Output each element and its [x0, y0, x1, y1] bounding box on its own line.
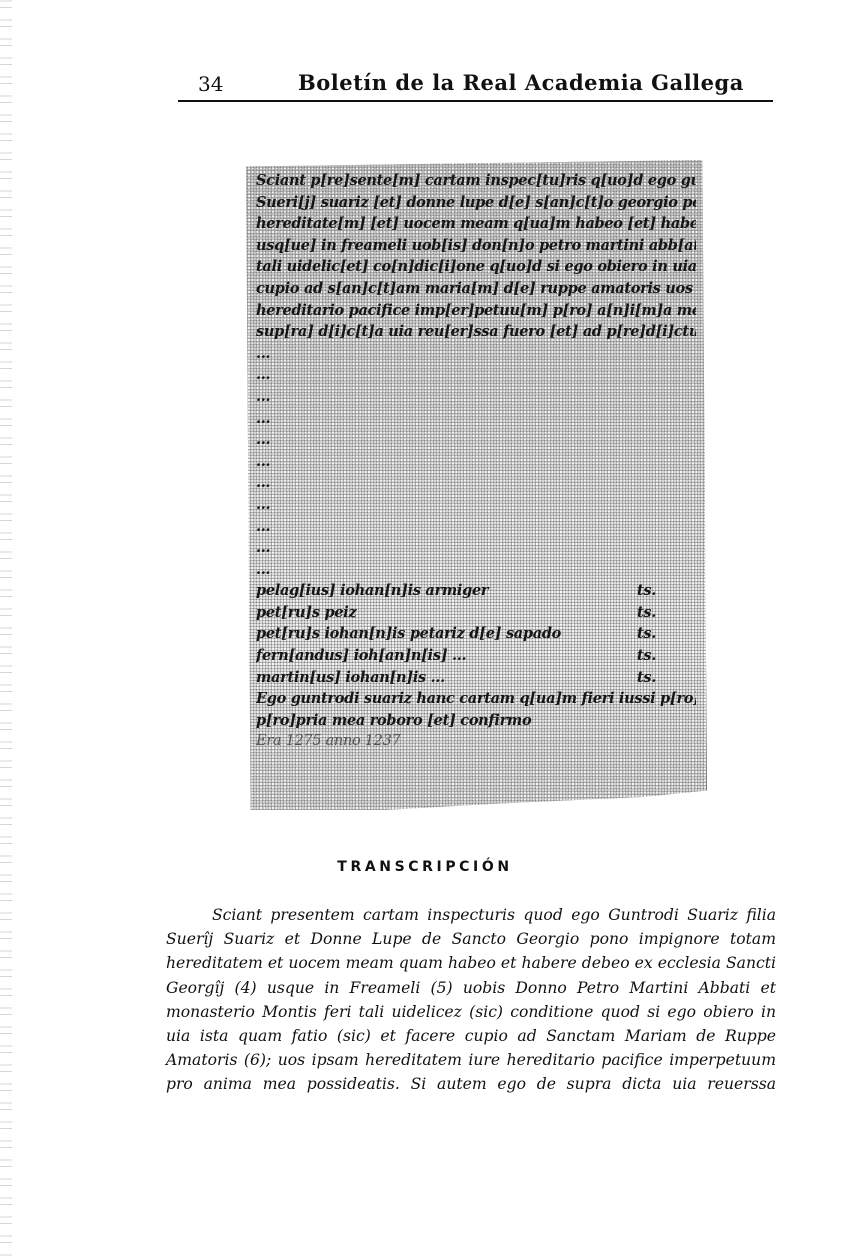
- manuscript-line: ...: [256, 494, 696, 516]
- witness-mark: ts.: [637, 602, 656, 624]
- transcription-line: Suerîj Suariz et Donne Lupe de Sancto Ge…: [166, 927, 776, 951]
- manuscript-line: tali uidelic[et] co[n]dic[i]one q[uo]d s…: [256, 256, 696, 278]
- manuscript-line: ...: [256, 343, 696, 365]
- manuscript-line: usq[ue] in freameli uob[is] don[n]o petr…: [256, 235, 696, 257]
- witness-line: pelag[ius] iohan[n]is armiger ts.: [256, 580, 696, 602]
- manuscript-line: ...: [256, 451, 696, 473]
- scan-edge-artifact: [0, 0, 12, 1258]
- transcription-line: Amatoris (6); uos ipsam hereditatem iure…: [166, 1048, 776, 1072]
- manuscript-line: ...: [256, 429, 696, 451]
- transcription-line: Sciant presentem cartam inspecturis quod…: [166, 903, 776, 927]
- witness-mark: ts.: [637, 623, 656, 645]
- manuscript-line: sup[ra] d[i]c[t]a uia reu[er]ssa fuero […: [256, 321, 696, 343]
- transcription-line: pro anima mea possideatis. Si autem ego …: [166, 1072, 776, 1096]
- manuscript-line: hereditario pacifice imp[er]petuu[m] p[r…: [256, 300, 696, 322]
- transcription-line: Georgîj (4) usque in Freameli (5) uobis …: [166, 976, 776, 1000]
- page-number: 34: [198, 72, 223, 96]
- manuscript-line: ...: [256, 537, 696, 559]
- header-rule: [178, 100, 773, 102]
- manuscript-line: ...: [256, 472, 696, 494]
- witness-name: pelag[ius] iohan[n]is armiger: [256, 580, 488, 602]
- manuscript-line: hereditate[m] [et] uocem meam q[ua]m hab…: [256, 213, 696, 235]
- witness-line: fern[andus] ioh[an]n[is] ... ts.: [256, 645, 696, 667]
- manuscript-closing-line: Ego guntrodi suariz hanc cartam q[ua]m f…: [256, 688, 696, 710]
- manuscript-line: ...: [256, 364, 696, 386]
- transcription-line: uia ista quam fatio (sic) et facere cupi…: [166, 1024, 776, 1048]
- witness-line: martin[us] iohan[n]is ... ts.: [256, 667, 696, 689]
- manuscript-line: ...: [256, 516, 696, 538]
- witness-name: pet[ru]s iohan[n]is petariz d[e] sapado: [256, 623, 561, 645]
- manuscript-script: Sciant p[re]sente[m] cartam inspec[tu]ri…: [256, 170, 696, 753]
- witness-mark: ts.: [637, 667, 656, 689]
- manuscript-date-note: Era 1275 anno 1237: [256, 731, 696, 753]
- witness-name: martin[us] iohan[n]is ...: [256, 667, 445, 689]
- witness-name: pet[ru]s peiz: [256, 602, 356, 624]
- section-title: TRANSCRIPCIÓN: [0, 859, 850, 875]
- manuscript-line: ...: [256, 386, 696, 408]
- manuscript-closing-line: p[ro]pria mea roboro [et] confirmo: [256, 710, 696, 732]
- transcription-text: Sciant presentem cartam inspecturis quod…: [166, 903, 776, 1097]
- manuscript-line: Sueri[j] suariz [et] donne lupe d[e] s[a…: [256, 192, 696, 214]
- manuscript-line: ...: [256, 408, 696, 430]
- witness-line: pet[ru]s peiz ts.: [256, 602, 696, 624]
- manuscript-line: Sciant p[re]sente[m] cartam inspec[tu]ri…: [256, 170, 696, 192]
- manuscript-line: cupio ad s[an]c[t]am maria[m] d[e] ruppe…: [256, 278, 696, 300]
- transcription-line: hereditatem et uocem meam quam habeo et …: [166, 951, 776, 975]
- transcription-line: monasterio Montis feri tali uidelicez (s…: [166, 1000, 776, 1024]
- page-header: 34 Boletín de la Real Academia Gallega: [178, 68, 773, 102]
- manuscript-line: ...: [256, 559, 696, 581]
- witness-mark: ts.: [637, 645, 656, 667]
- witness-mark: ts.: [637, 580, 656, 602]
- witness-name: fern[andus] ioh[an]n[is] ...: [256, 645, 466, 667]
- running-title: Boletín de la Real Academia Gallega: [298, 70, 744, 95]
- witness-line: pet[ru]s iohan[n]is petariz d[e] sapado …: [256, 623, 696, 645]
- manuscript-facsimile-image: Sciant p[re]sente[m] cartam inspec[tu]ri…: [246, 160, 707, 810]
